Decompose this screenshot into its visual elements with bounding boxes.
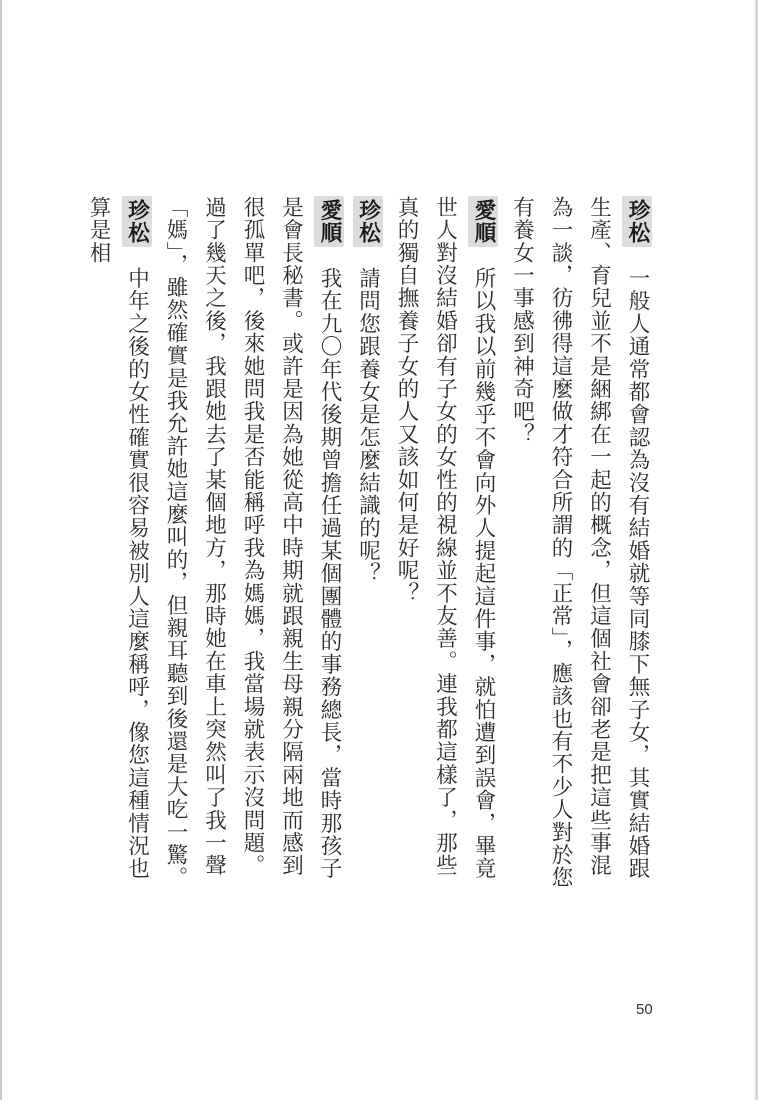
speaker-label: 愛順 (314, 196, 344, 247)
dialogue-paragraph: 珍松 中年之後的女性確實很容易被別人這麼稱呼，像您這種情況也算是相 (79, 196, 156, 896)
dialogue-paragraph: 珍松 一般人通常都會認為沒有結婚就等同膝下無子女，其實結婚跟生產、育兒並不是綑綁… (502, 196, 656, 896)
speaker-label: 珍松 (353, 196, 383, 247)
page-number: 50 (636, 1001, 653, 1018)
speaker-label: 愛順 (468, 196, 498, 247)
dialogue-paragraph: 愛順 所以我以前幾乎不會向外人提起這件事，就怕遭到誤會，畢竟世人對沒結婚卻有子女… (387, 196, 503, 896)
page-edge-left (0, 0, 2, 1100)
dialogue-text: 請問您跟養女是怎麼結識的呢？ (356, 267, 381, 585)
dialogue-text: 一般人通常都會認為沒有結婚就等同膝下無子女，其實結婚跟生產、育兒並不是綑綁在一起… (510, 196, 651, 889)
speaker-label: 珍松 (622, 196, 652, 247)
vertical-text-body: 珍松 一般人通常都會認為沒有結婚就等同膝下無子女，其實結婚跟生產、育兒並不是綑綁… (79, 196, 657, 896)
dialogue-paragraph: 珍松 請問您跟養女是怎麼結識的呢？ (348, 196, 387, 896)
speaker-label: 珍松 (122, 196, 152, 247)
dialogue-text: 中年之後的女性確實很容易被別人這麼稱呼，像您這種情況也算是相 (86, 196, 150, 880)
dialogue-paragraph: 愛順 我在九〇年代後期曾擔任過某個團體的事務總長，當時那孩子是會長秘書。或許是因… (156, 196, 349, 896)
dialogue-text: 所以我以前幾乎不會向外人提起這件事，就怕遭到誤會，畢竟世人對沒結婚卻有子女的女性… (394, 196, 496, 880)
dialogue-text: 我在九〇年代後期曾擔任過某個團體的事務總長，當時那孩子是會長秘書。或許是因為她從… (163, 196, 342, 889)
